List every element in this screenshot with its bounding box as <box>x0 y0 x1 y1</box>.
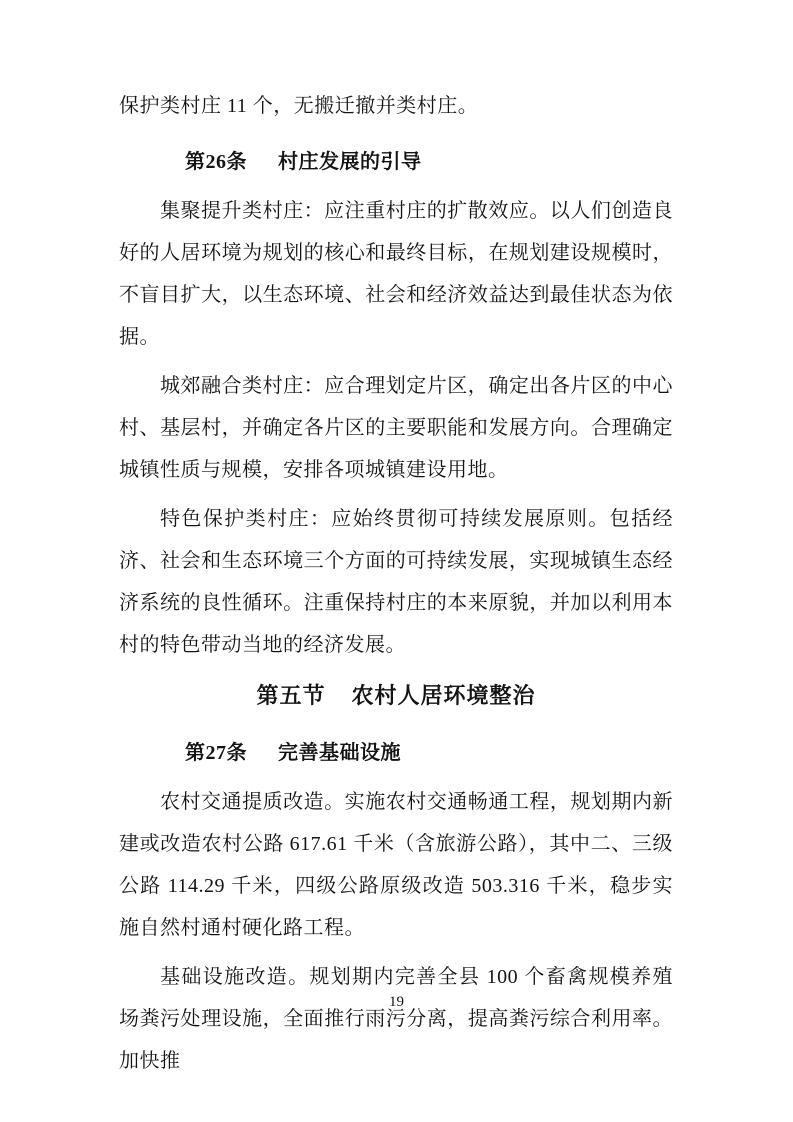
article-title: 村庄发展的引导 <box>278 151 422 173</box>
body-paragraph: 集聚提升类村庄：应注重村庄的扩散效应。以人们创造良好的人居环境为规划的核心和最终… <box>119 190 673 358</box>
body-paragraph: 保护类村庄 11 个，无搬迁撤并类村庄。 <box>119 85 673 127</box>
body-paragraph: 基础设施改造。规划期内完善全县 100 个畜禽规模养殖场粪污处理设施，全面推行雨… <box>119 956 673 1082</box>
body-paragraph: 城郊融合类村庄：应合理划定片区，确定出各片区的中心村、基层村，并确定各片区的主要… <box>119 365 673 491</box>
section-number: 第五节 <box>256 674 325 718</box>
article-number: 第27条 <box>152 732 247 774</box>
page-number: 19 <box>0 992 793 1012</box>
article-heading: 第26条村庄发展的引导 <box>119 141 673 183</box>
article-heading: 第27条完善基础设施 <box>119 732 673 774</box>
article-title: 完善基础设施 <box>278 742 401 764</box>
document-page: 保护类村庄 11 个，无搬迁撤并类村庄。 第26条村庄发展的引导 集聚提升类村庄… <box>0 0 793 1122</box>
body-paragraph: 特色保护类村庄：应始终贯彻可持续发展原则。包括经济、社会和生态环境三个方面的可持… <box>119 498 673 666</box>
section-heading: 第五节农村人居环境整治 <box>119 674 673 718</box>
body-paragraph: 农村交通提质改造。实施农村交通畅通工程，规划期内新建或改造农村公路 617.61… <box>119 781 673 949</box>
document-content: 保护类村庄 11 个，无搬迁撤并类村庄。 第26条村庄发展的引导 集聚提升类村庄… <box>119 85 673 1089</box>
article-number: 第26条 <box>152 141 247 183</box>
section-title: 农村人居环境整治 <box>352 683 536 708</box>
